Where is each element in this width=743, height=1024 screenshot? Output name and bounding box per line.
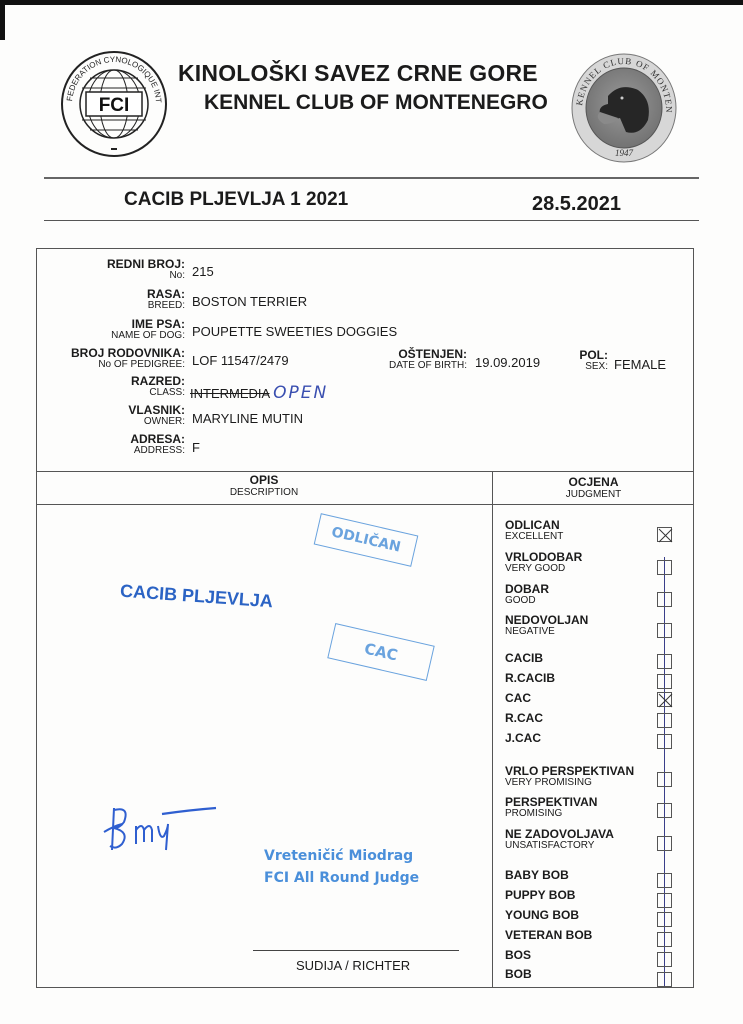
class-struck-value: INTERMEDIA	[190, 386, 269, 401]
judgment-item-odlican: ODLICANEXCELLENT	[505, 519, 563, 542]
signature-line	[253, 950, 459, 951]
show-date: 28.5.2021	[532, 193, 621, 216]
check-x-icon	[658, 528, 673, 543]
kennel-club-dog-seal-icon: KENNEL CLUB OF MONTENEGRO 1947	[570, 52, 678, 164]
judgment-checkbox-r-cac[interactable]	[657, 713, 672, 728]
judge-name: Vreteničić Miodrag	[264, 845, 419, 867]
judgment-sublabel: VERY GOOD	[505, 564, 582, 575]
judgment-checkbox-ne-zadovoljava[interactable]	[657, 836, 672, 851]
address-label: ADRESA:ADDRESS:	[130, 433, 185, 456]
judgment-label: BOB	[505, 968, 532, 981]
birth-label: OŠTENJEN:DATE OF BIRTH:	[389, 348, 467, 371]
fci-globe-logo-icon: FCI FEDERATION CYNOLOGIQUE INTERNATIONAL…	[60, 50, 168, 158]
sex-label: POL:SEX:	[579, 349, 608, 372]
judgment-label: R.CAC	[505, 712, 543, 725]
owner-label: VLASNIK:OWNER:	[128, 404, 185, 427]
birth-value: 19.09.2019	[475, 355, 540, 370]
judgment-sublabel: UNSATISFACTORY	[505, 841, 614, 852]
pedigree-value: LOF 11547/2479	[192, 353, 289, 368]
judgment-item-veteran-bob: VETERAN BOB	[505, 929, 592, 942]
show-divider	[44, 220, 699, 221]
description-header: OPISDESCRIPTION	[36, 474, 492, 498]
judgment-item-dobar: DOBARGOOD	[505, 583, 549, 606]
judgment-item-bob: BOB	[505, 968, 532, 981]
judgment-label: J.CAC	[505, 732, 541, 745]
column-header-divider	[36, 504, 694, 505]
judgment-item-vrlo-perspektivan: VRLO PERSPEKTIVANVERY PROMISING	[505, 765, 634, 788]
section-divider	[36, 471, 694, 472]
judgment-checkbox-puppy-bob[interactable]	[657, 893, 672, 908]
judgment-label: PUPPY BOB	[505, 889, 575, 902]
judgment-item-r-cac: R.CAC	[505, 712, 543, 725]
number-value: 215	[192, 264, 214, 279]
dog-name-value: POUPETTE SWEETIES DOGGIES	[192, 324, 397, 339]
judgment-item-cacib: CACIB	[505, 652, 543, 665]
judgment-sublabel: NEGATIVE	[505, 627, 588, 638]
judgment-label: VETERAN BOB	[505, 929, 592, 942]
judgment-checkbox-nedovoljan[interactable]	[657, 623, 672, 638]
scan-edge-left	[0, 0, 5, 40]
owner-value: MARYLINE MUTIN	[192, 411, 303, 426]
judgment-item-vrlodobar: VRLODOBARVERY GOOD	[505, 551, 582, 574]
number-label: REDNI BROJ:No:	[107, 258, 185, 281]
judgment-item-cac: CAC	[505, 692, 531, 705]
judgment-item-puppy-bob: PUPPY BOB	[505, 889, 575, 902]
judgment-item-baby-bob: BABY BOB	[505, 869, 569, 882]
class-value: INTERMEDIA OPEN	[190, 383, 328, 403]
judgment-label: VRLODOBAR	[505, 551, 582, 564]
judgment-checkbox-cac[interactable]	[657, 692, 672, 707]
judgment-label: R.CACIB	[505, 672, 555, 685]
judgment-checkbox-veteran-bob[interactable]	[657, 932, 672, 947]
judgment-item-j-cac: J.CAC	[505, 732, 541, 745]
judgment-checkbox-baby-bob[interactable]	[657, 873, 672, 888]
org-title-english: KENNEL CLUB OF MONTENEGRO	[204, 91, 548, 115]
judge-role: FCI All Round Judge	[264, 867, 419, 889]
judgment-checkbox-vrlodobar[interactable]	[657, 560, 672, 575]
judgment-checkbox-vrlo-perspektivan[interactable]	[657, 772, 672, 787]
judgment-checkbox-cacib[interactable]	[657, 654, 672, 669]
judgment-sublabel: EXCELLENT	[505, 532, 563, 543]
breed-label: RASA:BREED:	[147, 288, 185, 311]
judgment-label: DOBAR	[505, 583, 549, 596]
judgment-label: NEDOVOLJAN	[505, 614, 588, 627]
judgment-label: CAC	[505, 692, 531, 705]
judgment-sublabel: GOOD	[505, 596, 549, 607]
header-divider	[44, 177, 699, 179]
breed-value: BOSTON TERRIER	[192, 294, 307, 309]
kennel-club-seal: KENNEL CLUB OF MONTENEGRO 1947	[570, 52, 678, 164]
judgment-checkbox-j-cac[interactable]	[657, 734, 672, 749]
judgment-item-ne-zadovoljava: NE ZADOVOLJAVAUNSATISFACTORY	[505, 828, 614, 851]
judgment-label: ODLICAN	[505, 519, 563, 532]
judgment-sublabel: PROMISING	[505, 809, 597, 820]
class-label: RAZRED:CLASS:	[131, 375, 185, 398]
judge-signature	[100, 800, 220, 860]
column-divider	[492, 472, 493, 988]
judgment-item-nedovoljan: NEDOVOLJANNEGATIVE	[505, 614, 588, 637]
judge-stamp: Vreteničić Miodrag FCI All Round Judge	[264, 845, 419, 890]
judgment-label: CACIB	[505, 652, 543, 665]
judgment-label: BOS	[505, 949, 531, 962]
judgment-checkbox-perspektivan[interactable]	[657, 803, 672, 818]
judgment-item-bos: BOS	[505, 949, 531, 962]
judgment-checkbox-bos[interactable]	[657, 952, 672, 967]
dog-name-label: IME PSA:NAME OF DOG:	[111, 318, 185, 341]
fci-logo: FCI FEDERATION CYNOLOGIQUE INTERNATIONAL…	[60, 50, 168, 158]
judgment-label: PERSPEKTIVAN	[505, 796, 597, 809]
address-value: F	[192, 440, 200, 455]
judgment-label: YOUNG BOB	[505, 909, 579, 922]
judgment-checkbox-bob[interactable]	[657, 972, 672, 987]
sex-value: FEMALE	[614, 357, 666, 372]
judgment-header: OCJENAJUDGMENT	[493, 476, 694, 500]
svg-text:FCI: FCI	[99, 95, 130, 116]
svg-text:1947: 1947	[615, 148, 634, 158]
judgment-label: BABY BOB	[505, 869, 569, 882]
judgment-checkbox-young-bob[interactable]	[657, 912, 672, 927]
judgment-checkbox-r-cacib[interactable]	[657, 674, 672, 689]
judgment-checkbox-dobar[interactable]	[657, 592, 672, 607]
scan-edge-top	[0, 0, 743, 5]
pedigree-label: BROJ RODOVNIKA:No OF PEDIGREE:	[71, 347, 185, 370]
org-title-local: KINOLOŠKI SAVEZ CRNE GORE	[178, 60, 538, 87]
show-title: CACIB PLJEVLJA 1 2021	[124, 189, 348, 211]
judgment-label: NE ZADOVOLJAVA	[505, 828, 614, 841]
signature-label: SUDIJA / RICHTER	[296, 958, 410, 973]
judgment-label: VRLO PERSPEKTIVAN	[505, 765, 634, 778]
judgment-checkbox-odlican[interactable]	[657, 527, 672, 542]
class-handwritten-value: OPEN	[273, 383, 328, 403]
judgment-item-r-cacib: R.CACIB	[505, 672, 555, 685]
judgment-item-young-bob: YOUNG BOB	[505, 909, 579, 922]
judgment-sublabel: VERY PROMISING	[505, 778, 634, 789]
judgment-item-perspektivan: PERSPEKTIVANPROMISING	[505, 796, 597, 819]
check-x-icon	[658, 693, 673, 708]
